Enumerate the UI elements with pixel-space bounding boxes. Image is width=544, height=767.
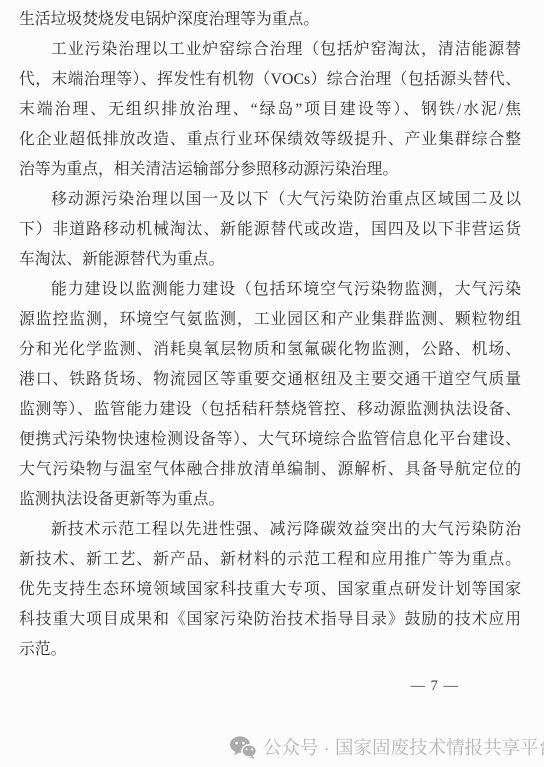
text-line: 化企业超低排放改造、重点行业环保绩效等级提升、产业集群综合整 [19, 125, 521, 155]
text-line: 分和光化学监测、消耗臭氧层物质和氢氟碳化物监测，公路、机场、 [19, 335, 521, 365]
text-line: 末端治理、无组织排放治理、“绿岛”项目建设等）、钢铁/水泥/焦 [19, 95, 521, 125]
document-body: 生活垃圾焚烧发电锅炉深度治理等为重点。工业污染治理以工业炉窑综合治理（包括炉窑淘… [19, 5, 521, 665]
text-line: 代，末端治理等）、挥发性有机物（VOCs）综合治理（包括源头替代、 [19, 65, 521, 95]
text-line: 下）非道路移动机械淘汰、新能源替代或改造，国四及以下非营运货 [19, 215, 521, 245]
text-line: 生活垃圾焚烧发电锅炉深度治理等为重点。 [19, 5, 521, 35]
text-line: 港口、铁路货场、物流园区等重要交通枢纽及主要交通干道空气质量 [19, 365, 521, 395]
text-line: 移动源污染治理以国一及以下（大气污染防治重点区域国二及以 [19, 185, 521, 215]
watermark-text: 公众号 · 国家固废技术情报共享平台 [263, 736, 544, 759]
text-line: 示范。 [19, 635, 521, 665]
text-line: 监测执法设备更新等为重点。 [19, 485, 521, 515]
wechat-icon [230, 736, 257, 759]
page-number: — 7 — [19, 676, 459, 696]
text-line: 优先支持生态环境领域国家科技重大专项、国家重点研发计划等国家 [19, 575, 521, 605]
text-line: 监测等）、监管能力建设（包括秸秆禁烧管控、移动源监测执法设备、 [19, 395, 521, 425]
text-line: 源监控监测，环境空气氨监测，工业园区和产业集群监测、颗粒物组 [19, 305, 521, 335]
text-line: 工业污染治理以工业炉窑综合治理（包括炉窑淘汰，清洁能源替 [19, 35, 521, 65]
text-line: 新技术、新工艺、新产品、新材料的示范工程和应用推广等为重点。 [19, 545, 521, 575]
text-line: 车淘汰、新能源替代为重点。 [19, 245, 521, 275]
document-page: 生活垃圾焚烧发电锅炉深度治理等为重点。工业污染治理以工业炉窑综合治理（包括炉窑淘… [0, 0, 544, 767]
text-line: 大气污染物与温室气体融合排放清单编制、源解析、具备导航定位的 [19, 455, 521, 485]
text-line: 新技术示范工程以先进性强、减污降碳效益突出的大气污染防治 [19, 515, 521, 545]
text-line: 能力建设以监测能力建设（包括环境空气污染物监测，大气污染 [19, 275, 521, 305]
text-line: 治等为重点，相关清洁运输部分参照移动源污染治理。 [19, 155, 521, 185]
text-line: 便携式污染物快速检测设备等）、大气环境综合监管信息化平台建设、 [19, 425, 521, 455]
watermark: 公众号 · 国家固废技术情报共享平台 [230, 736, 544, 759]
text-line: 科技重大项目成果和《国家污染防治技术指导目录》鼓励的技术应用 [19, 605, 521, 635]
